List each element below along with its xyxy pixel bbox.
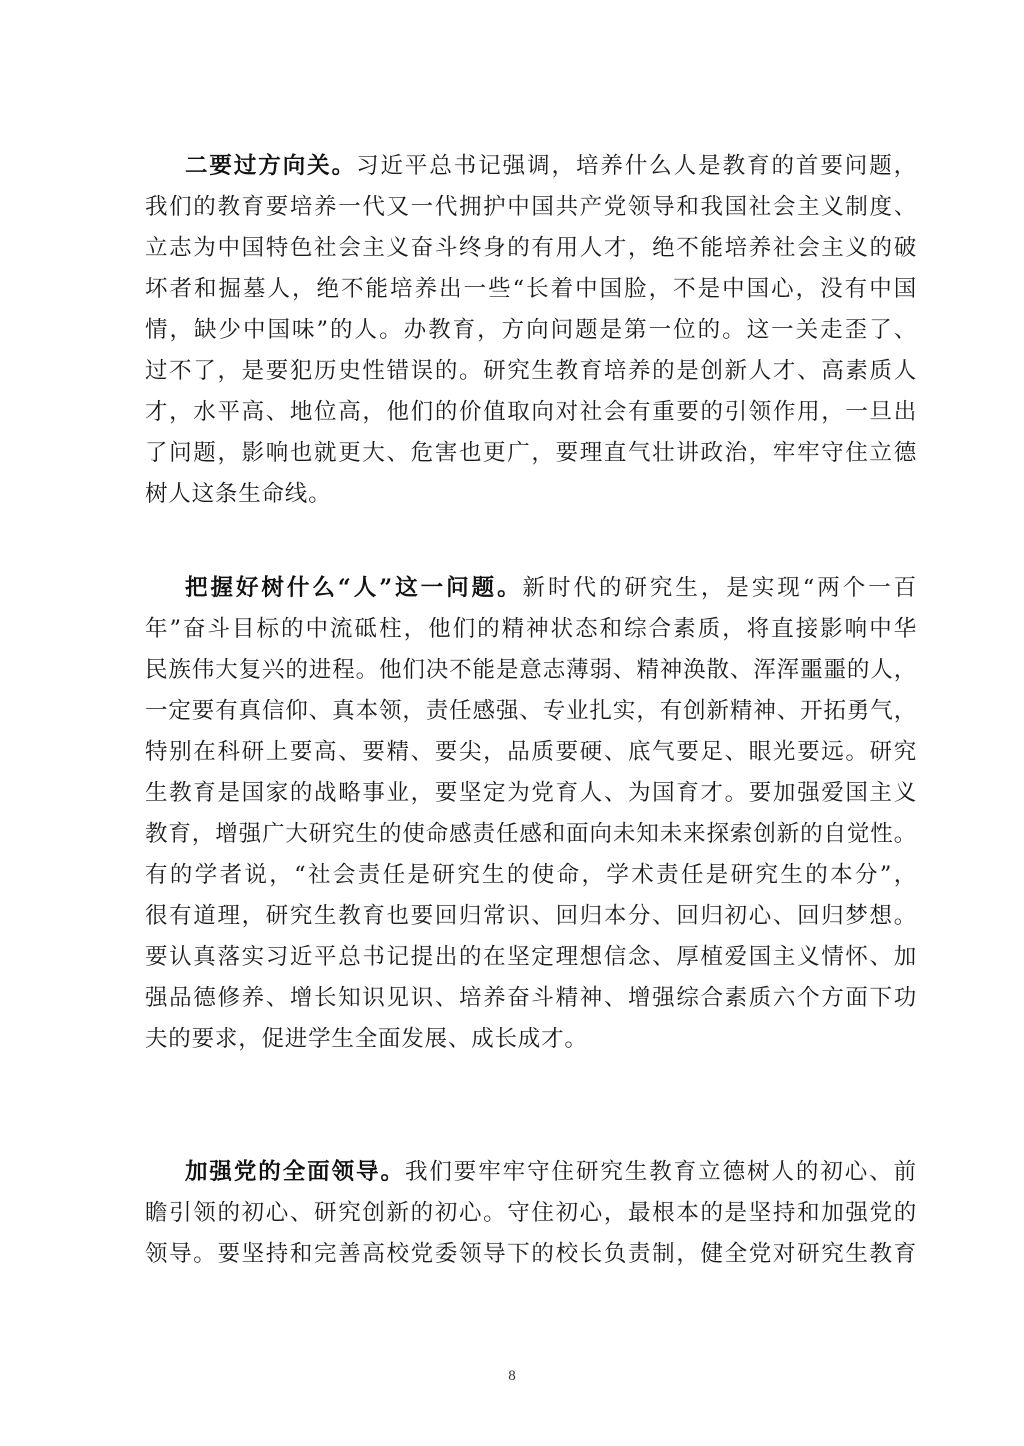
paragraph-line: 树人这条生命线。: [145, 474, 917, 515]
paragraph-line: 才，水平高、地位高，他们的价值取向对社会有重要的引领作用，一旦出: [145, 392, 917, 433]
paragraph-lead-heading: 二要过方向关。: [185, 153, 356, 179]
paragraph-line: 一定要有真信仰、真本领，责任感强、专业扎实，有创新精神、开拓勇气，: [145, 691, 917, 732]
paragraph-line: 强品德修养、增长知识见识、培养奋斗精神、增强综合素质六个方面下功: [145, 978, 917, 1019]
page-number: 8: [0, 1368, 1024, 1385]
paragraph-line: 教育，增强广大研究生的使命感责任感和面向未知未来探索创新的自觉性。: [145, 814, 917, 855]
paragraph-lead-heading: 把握好树什么“人”这一问题。: [185, 575, 523, 601]
paragraph-line: 瞻引领的初心、研究创新的初心。守住初心，最根本的是坚持和加强党的: [145, 1193, 917, 1234]
paragraph-line: 夫的要求，促进学生全面发展、成长成才。: [145, 1019, 917, 1060]
paragraph-line: 年”奋斗目标的中流砥柱，他们的精神状态和综合素质，将直接影响中华: [145, 609, 917, 650]
paragraph-line: 了问题，影响也就更大、危害也更广，要理直气壮讲政治，牢牢守住立德: [145, 433, 917, 474]
paragraph-line: 坏者和掘墓人，绝不能培养出一些“长着中国脸，不是中国心，没有中国: [145, 269, 917, 310]
paragraph-line: 立志为中国特色社会主义奋斗终身的有用人才，绝不能培养社会主义的破: [145, 228, 917, 269]
paragraph-line: 很有道理，研究生教育也要回归常识、回归本分、回归初心、回归梦想。: [145, 896, 917, 937]
paragraph-line: 领导。要坚持和完善高校党委领导下的校长负责制，健全党对研究生教育: [145, 1234, 917, 1275]
paragraph-party-leadership: 加强党的全面领导。我们要牢牢守住研究生教育立德树人的初心、前 瞻引领的初心、研究…: [145, 1152, 917, 1275]
paragraph-line: 把握好树什么“人”这一问题。新时代的研究生，是实现“两个一百: [145, 568, 917, 609]
paragraph-cultivate-people: 把握好树什么“人”这一问题。新时代的研究生，是实现“两个一百 年”奋斗目标的中流…: [145, 568, 917, 1060]
paragraph-line: 二要过方向关。习近平总书记强调，培养什么人是教育的首要问题，: [145, 146, 917, 187]
paragraph-line: 加强党的全面领导。我们要牢牢守住研究生教育立德树人的初心、前: [145, 1152, 917, 1193]
paragraph-direction: 二要过方向关。习近平总书记强调，培养什么人是教育的首要问题， 我们的教育要培养一…: [145, 146, 917, 515]
paragraph-line: 有的学者说，“社会责任是研究生的使命，学术责任是研究生的本分”，: [145, 855, 917, 896]
paragraph-line: 我们的教育要培养一代又一代拥护中国共产党领导和我国社会主义制度、: [145, 187, 917, 228]
paragraph-line: 情，缺少中国味”的人。办教育，方向问题是第一位的。这一关走歪了、: [145, 310, 917, 351]
paragraph-line: 民族伟大复兴的进程。他们决不能是意志薄弱、精神涣散、浑浑噩噩的人，: [145, 650, 917, 691]
paragraph-line: 要认真落实习近平总书记提出的在坚定理想信念、厚植爱国主义情怀、加: [145, 937, 917, 978]
paragraph-line: 生教育是国家的战略事业，要坚定为党育人、为国育才。要加强爱国主义: [145, 773, 917, 814]
paragraph-line: 过不了，是要犯历史性错误的。研究生教育培养的是创新人才、高素质人: [145, 351, 917, 392]
paragraph-line: 特别在科研上要高、要精、要尖，品质要硬、底气要足、眼光要远。研究: [145, 732, 917, 773]
document-page: 二要过方向关。习近平总书记强调，培养什么人是教育的首要问题， 我们的教育要培养一…: [0, 0, 1024, 1446]
paragraph-lead-heading: 加强党的全面领导。: [185, 1159, 405, 1185]
